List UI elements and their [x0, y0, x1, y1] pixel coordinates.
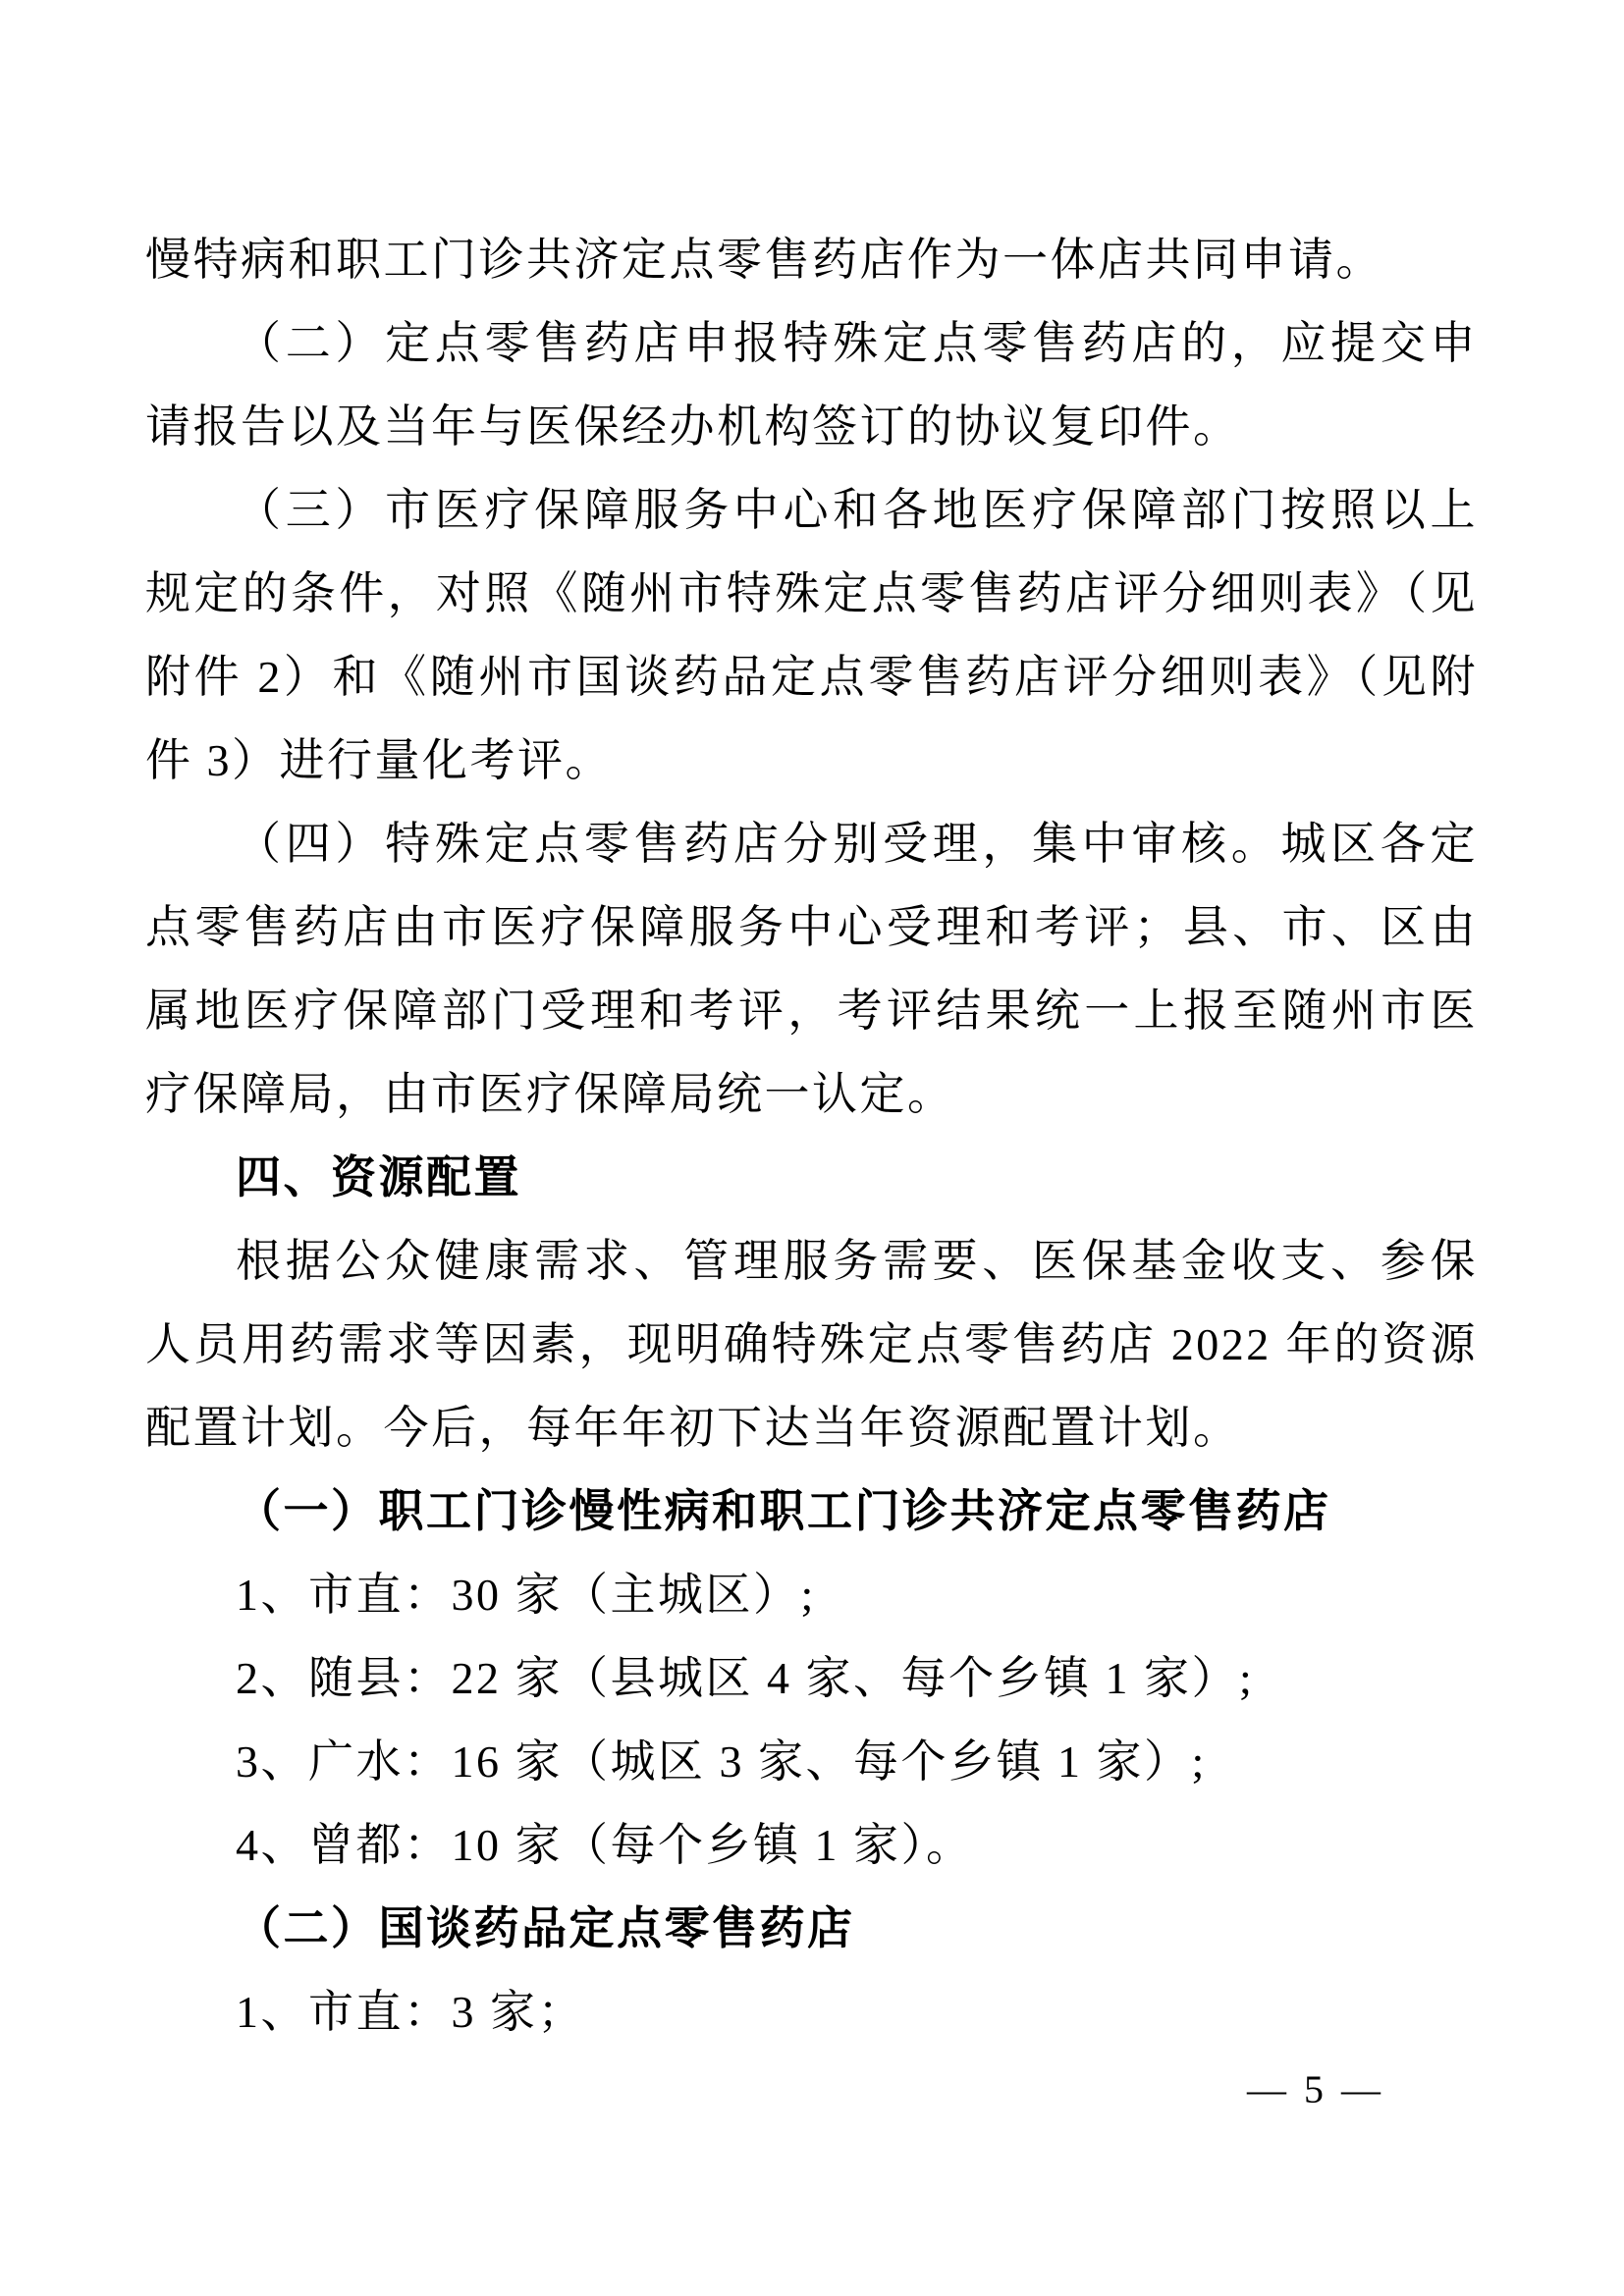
list-item: 1、市直：3 家； [145, 1970, 1478, 2054]
section-heading: 四、资源配置 [145, 1136, 1478, 1219]
paragraph-line: 附件 2）和《随州市国谈药品定点零售药店评分细则表》（见附 [145, 635, 1478, 719]
list-item: 4、曾都：10 家（每个乡镇 1 家）。 [145, 1803, 1478, 1887]
paragraph-line: 慢特病和职工门诊共济定点零售药店作为一体店共同申请。 [145, 218, 1478, 301]
paragraph-line: （四）特殊定点零售药店分别受理，集中审核。城区各定 [145, 802, 1478, 885]
paragraph-line: 人员用药需求等因素，现明确特殊定点零售药店 2022 年的资源 [145, 1303, 1478, 1386]
paragraph-line: 配置计划。今后，每年年初下达当年资源配置计划。 [145, 1386, 1478, 1469]
document-page: 慢特病和职工门诊共济定点零售药店作为一体店共同申请。 （二）定点零售药店申报特殊… [0, 0, 1624, 2296]
list-item: 1、市直：30 家（主城区）; [145, 1553, 1478, 1636]
paragraph-line: 件 3）进行量化考评。 [145, 719, 1478, 802]
list-item: 2、随县：22 家（县城区 4 家、每个乡镇 1 家）; [145, 1636, 1478, 1720]
paragraph-line: 疗保障局，由市医疗保障局统一认定。 [145, 1052, 1478, 1136]
paragraph-line: 规定的条件，对照《随州市特殊定点零售药店评分细则表》（见 [145, 552, 1478, 635]
page-number: — 5 — [1247, 2066, 1384, 2112]
paragraph-line: （三）市医疗保障服务中心和各地医疗保障部门按照以上 [145, 468, 1478, 552]
list-item: 3、广水：16 家（城区 3 家、每个乡镇 1 家）; [145, 1720, 1478, 1803]
paragraph-line: （二）定点零售药店申报特殊定点零售药店的，应提交申 [145, 301, 1478, 385]
document-body: 慢特病和职工门诊共济定点零售药店作为一体店共同申请。 （二）定点零售药店申报特殊… [145, 218, 1478, 2054]
paragraph-line: 根据公众健康需求、管理服务需要、医保基金收支、参保 [145, 1219, 1478, 1303]
subsection-heading: （一）职工门诊慢性病和职工门诊共济定点零售药店 [145, 1469, 1478, 1553]
paragraph-line: 属地医疗保障部门受理和考评，考评结果统一上报至随州市医 [145, 969, 1478, 1052]
subsection-heading: （二）国谈药品定点零售药店 [145, 1887, 1478, 1970]
paragraph-line: 请报告以及当年与医保经办机构签订的协议复印件。 [145, 385, 1478, 468]
paragraph-line: 点零售药店由市医疗保障服务中心受理和考评；县、市、区由 [145, 885, 1478, 969]
